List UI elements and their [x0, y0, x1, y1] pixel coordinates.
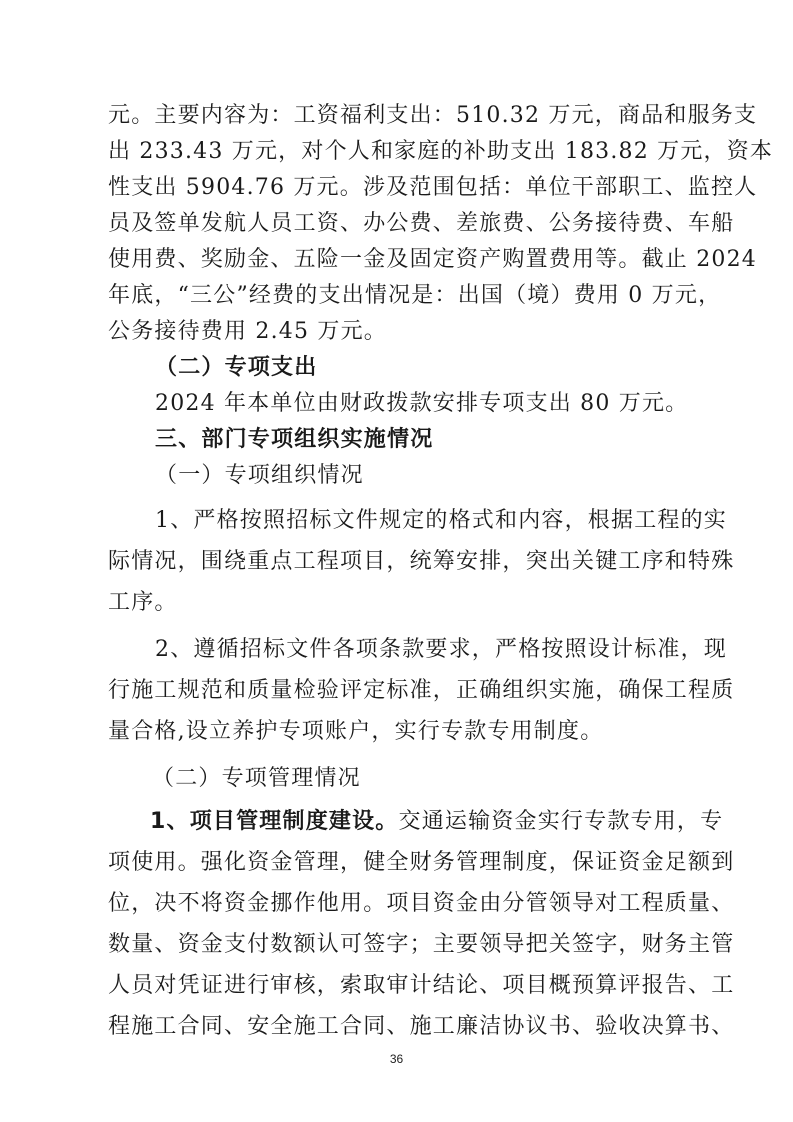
section-heading-implementation: 三、部门专项组织实施情况 — [155, 426, 735, 454]
special-expenditure-text: 2024 年本单位由财政拨款安排专项支出 80 万元。 — [155, 390, 735, 418]
body-line: 性支出 5904.76 万元。涉及范围包括：单位干部职工、监控人 — [108, 174, 688, 202]
section-heading-special-expenditure: （二）专项支出 — [155, 354, 735, 382]
mgmt-item-1-line: 项使用。强化资金管理，健全财务管理制度，保证资金足额到 — [108, 849, 688, 877]
mgmt-item-1-line: 程施工合同、安全施工合同、施工廉洁协议书、验收决算书、 — [108, 1013, 688, 1041]
body-line: 出 233.43 万元，对个人和家庭的补助支出 183.82 万元，资本 — [108, 138, 688, 166]
subsection-heading-organization: （一）专项组织情况 — [155, 462, 735, 490]
item-2-line: 2、遵循招标文件各项条款要求，严格按照设计标准，现 — [155, 636, 688, 664]
item-1-line: 1、严格按照招标文件规定的格式和内容，根据工程的实 — [155, 507, 688, 535]
mgmt-item-1-line: 位，决不将资金挪作他用。项目资金由分管领导对工程质量、 — [108, 890, 688, 918]
mgmt-item-1-first-line: 1、项目管理制度建设。交通运输资金实行专款专用，专 — [150, 808, 688, 836]
mgmt-item-1-title: 1、项目管理制度建设。 — [150, 809, 399, 834]
document-page: 元。主要内容为：工资福利支出：510.32 万元，商品和服务支 出 233.43… — [0, 0, 793, 1122]
item-2-line: 量合格,设立养护专项账户，实行专款专用制度。 — [108, 718, 688, 746]
body-line: 员及签单发航人员工资、办公费、差旅费、公务接待费、车船 — [108, 210, 688, 238]
body-line: 使用费、奖励金、五险一金及固定资产购置费用等。截止 2024 — [108, 246, 688, 274]
body-line: 年底，“三公”经费的支出情况是：出国（境）费用 0 万元， — [108, 282, 688, 310]
item-1-line: 工序。 — [108, 589, 688, 617]
body-line: 元。主要内容为：工资福利支出：510.32 万元，商品和服务支 — [108, 102, 688, 130]
mgmt-item-1-line: 人员对凭证进行审核，索取审计结论、项目概预算评报告、工 — [108, 972, 688, 1000]
mgmt-item-1-line: 数量、资金支付数额认可签字；主要领导把关签字，财务主管 — [108, 931, 688, 959]
subsection-heading-management: （二）专项管理情况 — [152, 765, 732, 793]
item-2-line: 行施工规范和质量检验评定标准，正确组织实施，确保工程质 — [108, 677, 688, 705]
mgmt-item-1-text: 交通运输资金实行专款专用，专 — [399, 809, 724, 834]
item-1-line: 际情况，围绕重点工程项目，统筹安排，突出关键工序和特殊 — [108, 548, 688, 576]
page-number: 36 — [0, 1052, 793, 1066]
body-line: 公务接待费用 2.45 万元。 — [108, 318, 688, 346]
